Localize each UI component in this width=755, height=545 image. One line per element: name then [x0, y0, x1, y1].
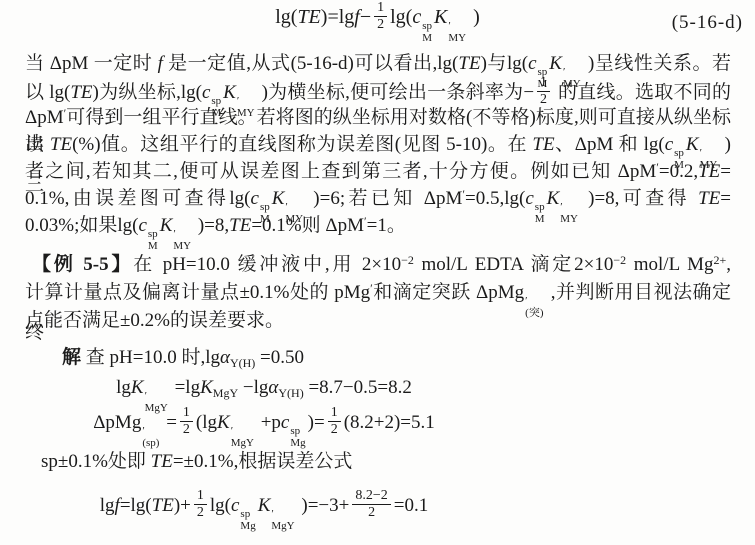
textbook-page: lg(TE)=lgf−12lg(cspMK′MY ) (5-16-d) 当 Δp…: [0, 0, 755, 545]
example-line-2: 计算计量点及偏离计量点±0.1%处的 pMg′和滴定突跃 ΔpMg′(突) ,并…: [0, 279, 755, 307]
body-line-4: 出 TE(%)值。这组平行的直线图称为误差图(见图 5-10)。在 TE、ΔpM…: [0, 131, 755, 158]
paragraph-error-diagram: 当 ΔpM 一定时 f 是一定值,从式(5-16-d)可以看出,lg(TE)与l…: [0, 50, 755, 239]
sp-condition-line: sp±0.1%处即 TE=±0.1%,根据误差公式: [0, 449, 755, 475]
body-line-3: ΔpM′可得到一组平行直线。若将图的纵坐标用对数格(不等格)标度,则可直接从纵坐…: [0, 104, 755, 131]
body-line-5: 者之间,若知其二,便可从误差图上查到第三者,十分方便。例如已知 ΔpM′=0.2…: [0, 158, 755, 185]
display-equation-5-16-d: lg(TE)=lgf−12lg(cspMK′MY ) (5-16-d): [0, 0, 755, 46]
formula-lgk-mgy: lgK′MgY =lgKMgY −lgαY(H) =8.7−0.5=8.2: [0, 375, 755, 401]
body-line-7: 0.03%;如果lg(cspMK′MY )=8,TE=0.1%则 ΔpM′=1。: [0, 212, 755, 239]
solution-intro-line: 解 查 pH=10.0 时,lgαY(H) =0.50: [0, 345, 755, 371]
equation-number: (5-16-d): [672, 12, 743, 34]
formula-dpmg-sp: ΔpMg′(sp) =12(lgK′MgY +pcspMg)=12(8.2+2)…: [0, 405, 755, 441]
formula-lgf: lgf=lg(TE)+12lg(cspMgK′MgY )=−3+8.2−22=0…: [0, 483, 755, 529]
body-line-2: 以 lg(TE)为纵坐标,lg(cspMK′MY )为横坐标,便可绘出一条斜率为…: [0, 77, 755, 104]
paragraph-example-5-5: 【例 5-5】在 pH=10.0 缓冲液中,用 2×10−2 mol/L EDT…: [0, 251, 755, 335]
equation-body: lg(TE)=lgf−12lg(cspMK′MY ): [275, 2, 480, 44]
body-line-6: 0.1%,由误差图可查得lg(cspMK′MY )=6;若已知 ΔpM′=0.5…: [0, 185, 755, 212]
example-line-1: 【例 5-5】在 pH=10.0 缓冲液中,用 2×10−2 mol/L EDT…: [0, 251, 755, 279]
example-line-3: 点能否满足±0.2%的误差要求。: [0, 307, 755, 335]
body-line-1: 当 ΔpM 一定时 f 是一定值,从式(5-16-d)可以看出,lg(TE)与l…: [0, 50, 755, 77]
